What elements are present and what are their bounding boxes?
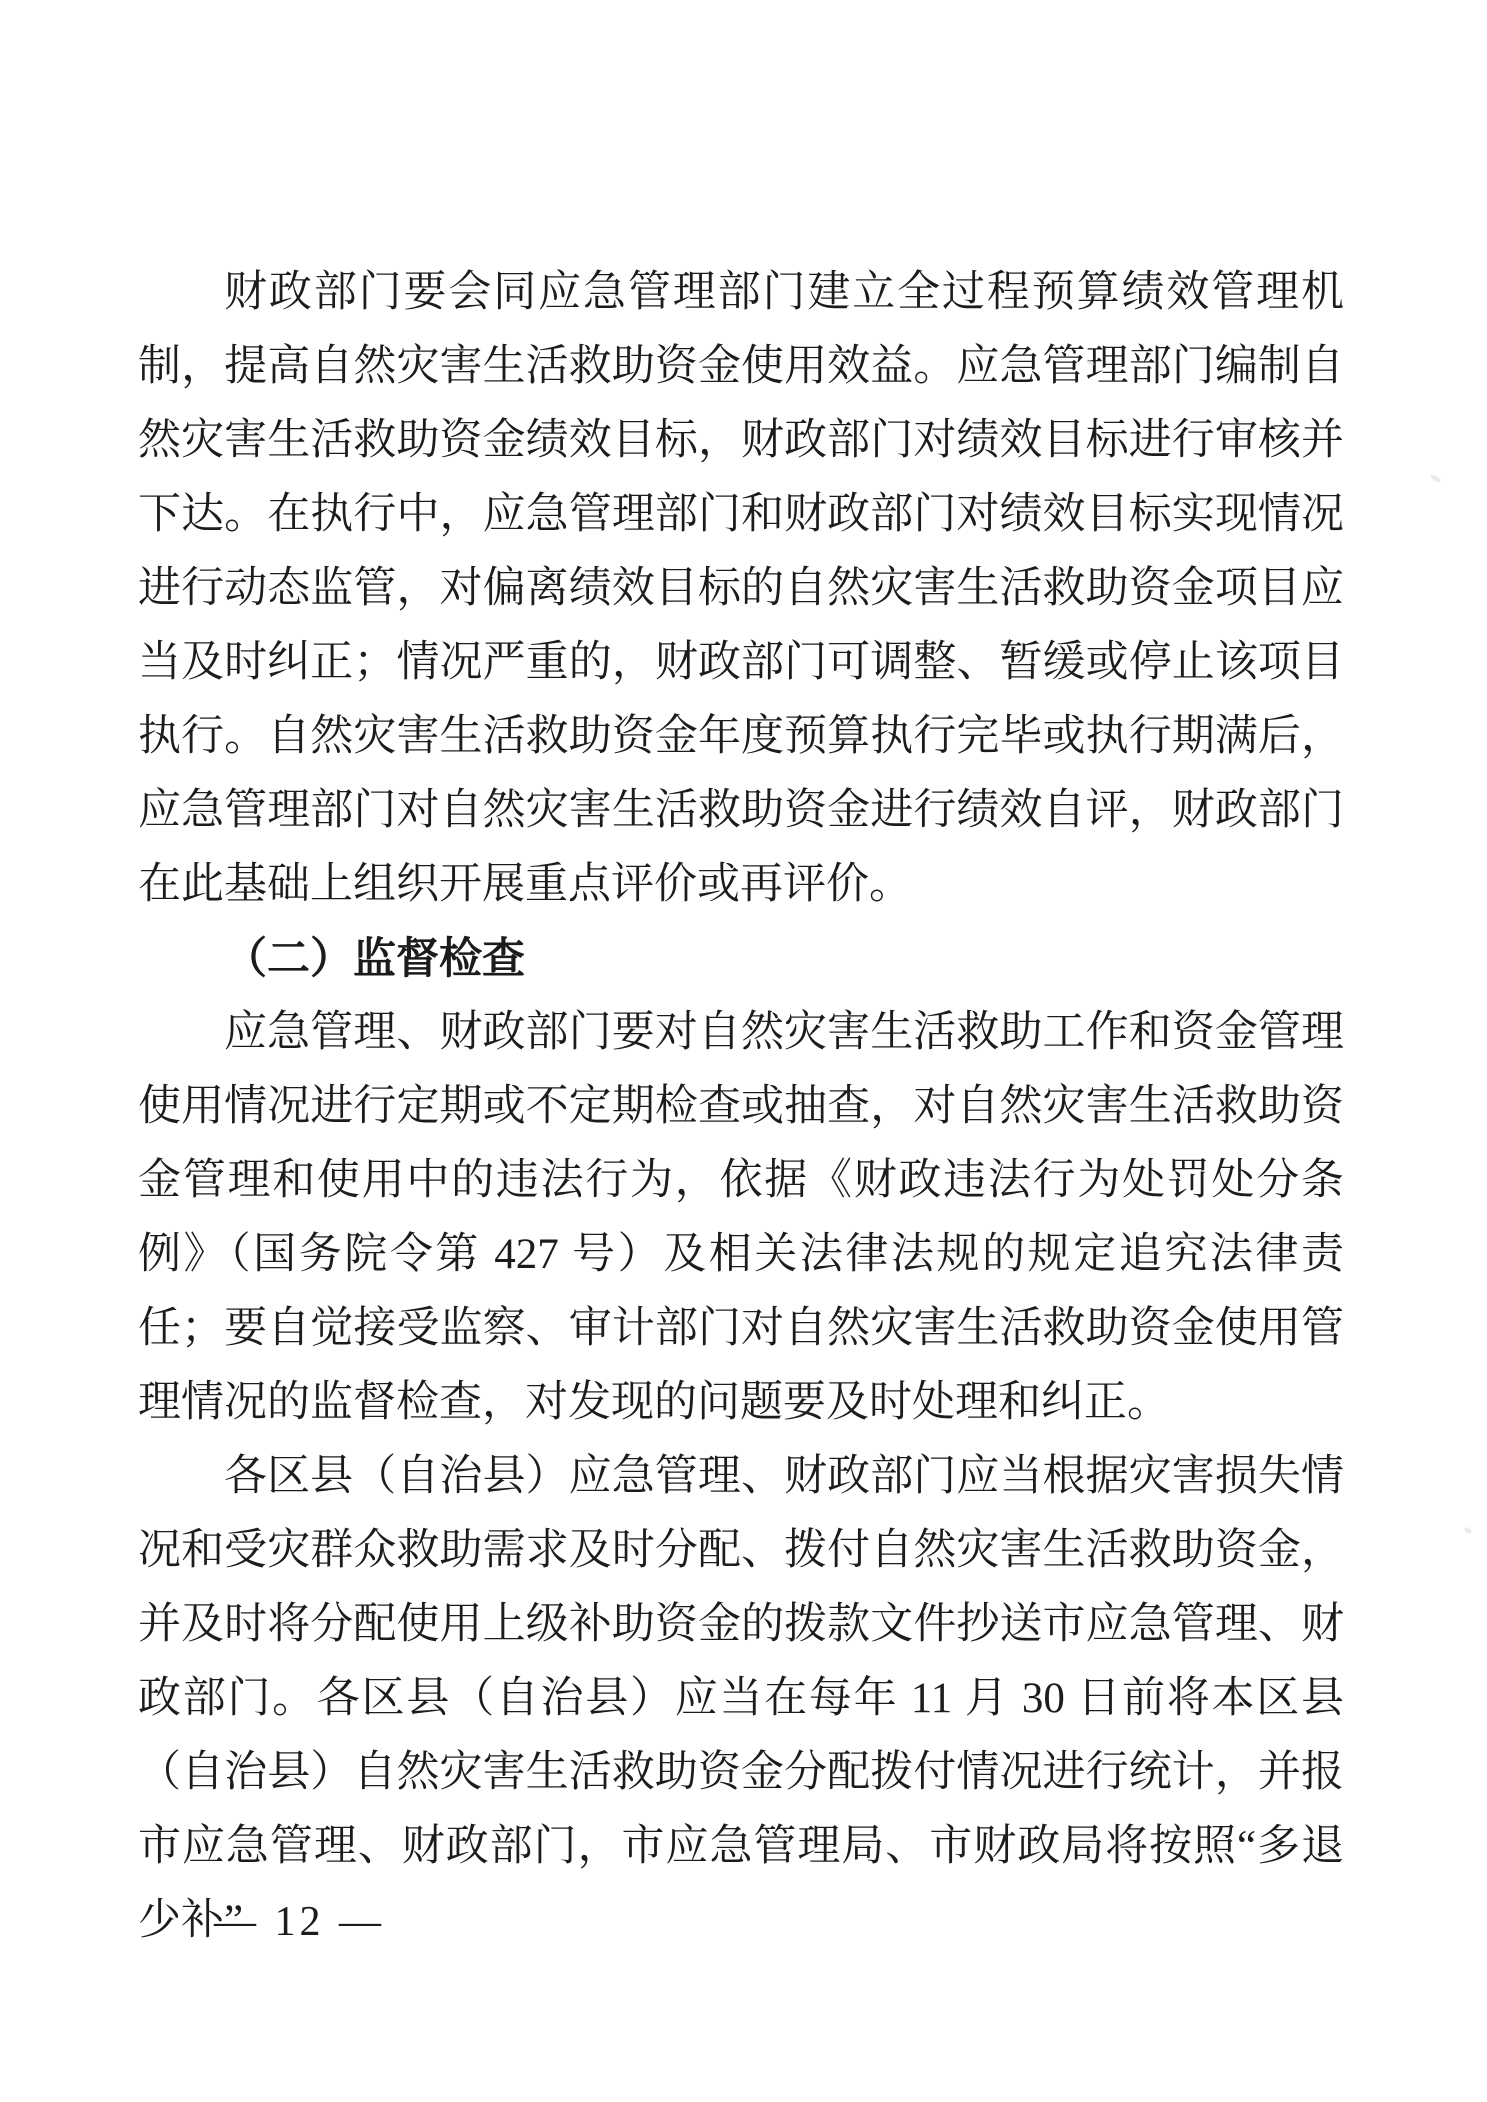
paragraph-inspection: 应急管理、财政部门要对自然灾害生活救助工作和资金管理使用情况进行定期或不定期检查… xyxy=(138,996,1344,1440)
document-body: 财政部门要会同应急管理部门建立全过程预算绩效管理机制，提高自然灾害生活救助资金使… xyxy=(138,256,1344,1958)
paragraph-district-allocation: 各区县（自治县）应急管理、财政部门应当根据灾害损失情况和受灾群众救助需求及时分配… xyxy=(138,1440,1344,1958)
page-number: — 12 — xyxy=(214,1898,385,1946)
section-heading-supervision: （二）监督检查 xyxy=(138,922,1344,996)
paragraph-performance-management: 财政部门要会同应急管理部门建立全过程预算绩效管理机制，提高自然灾害生活救助资金使… xyxy=(138,256,1344,922)
scan-artifact xyxy=(1429,474,1441,484)
document-page: 财政部门要会同应急管理部门建立全过程预算绩效管理机制，提高自然灾害生活救助资金使… xyxy=(0,0,1487,2102)
scan-artifact xyxy=(1463,1526,1472,1535)
